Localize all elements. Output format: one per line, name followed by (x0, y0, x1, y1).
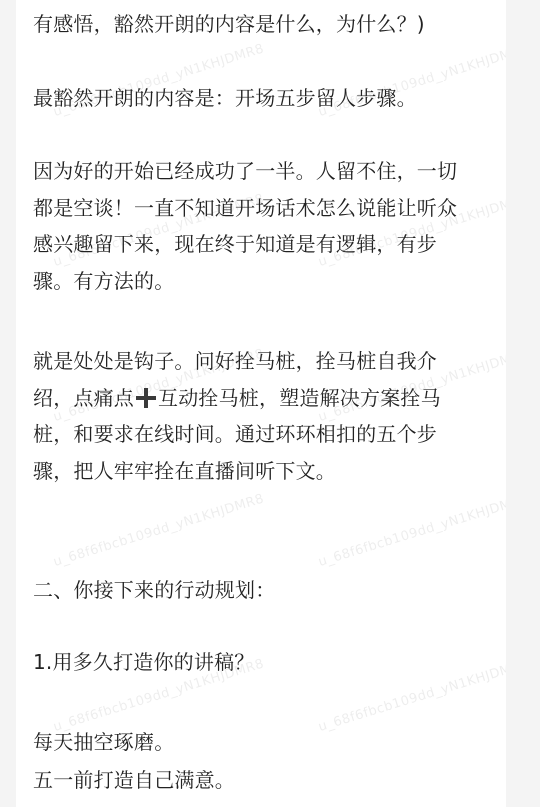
watermark: u_68f6fbcb109dd_yN1KHJDMR8 (52, 491, 266, 570)
text-line: 每天抽空琢磨。 (33, 728, 174, 756)
watermark: u_68f6fbcb109dd_yN1KHJDMR8 (317, 656, 506, 735)
watermark: u_68f6fbcb109dd_yN1KHJDMR8 (317, 491, 506, 570)
question-line: 1.用多久打造你的讲稿？ (33, 648, 254, 676)
text-line: 骤。有方法的。 (33, 267, 174, 295)
text-line: 五一前打造自己满意。 (33, 766, 235, 794)
text-line: 有感悟，豁然开朗的内容是什么，为什么？) (33, 10, 425, 38)
section-heading: 二、你接下来的行动规划： (33, 576, 275, 604)
text-segment: 互动拴马桩，塑造解决方案拴马 (158, 386, 441, 410)
text-line: 感兴趣留下来，现在终于知道是有逻辑，有步 (33, 230, 437, 258)
text-line: 桩，和要求在线时间。通过环环相扣的五个步 (33, 420, 437, 448)
text-segment: 绍，点痛点 (33, 386, 134, 410)
text-line: 都是空谈！一直不知道开场话术怎么说能让听众 (33, 194, 457, 222)
document-card: u_68f6fbcb109dd_yN1KHJDMR8 u_68f6fbcb109… (16, 0, 506, 807)
text-line: 因为好的开始已经成功了一半。人留不住，一切 (33, 157, 457, 185)
heavy-plus-icon (135, 388, 157, 408)
text-line: 就是处处是钩子。问好拴马桩，拴马桩自我介 (33, 347, 437, 375)
text-line: 骤，把人牢牢拴在直播间听下文。 (33, 457, 336, 485)
text-line-with-icon: 绍，点痛点互动拴马桩，塑造解决方案拴马 (33, 384, 441, 412)
text-line: 最豁然开朗的内容是：开场五步留人步骤。 (33, 84, 417, 112)
